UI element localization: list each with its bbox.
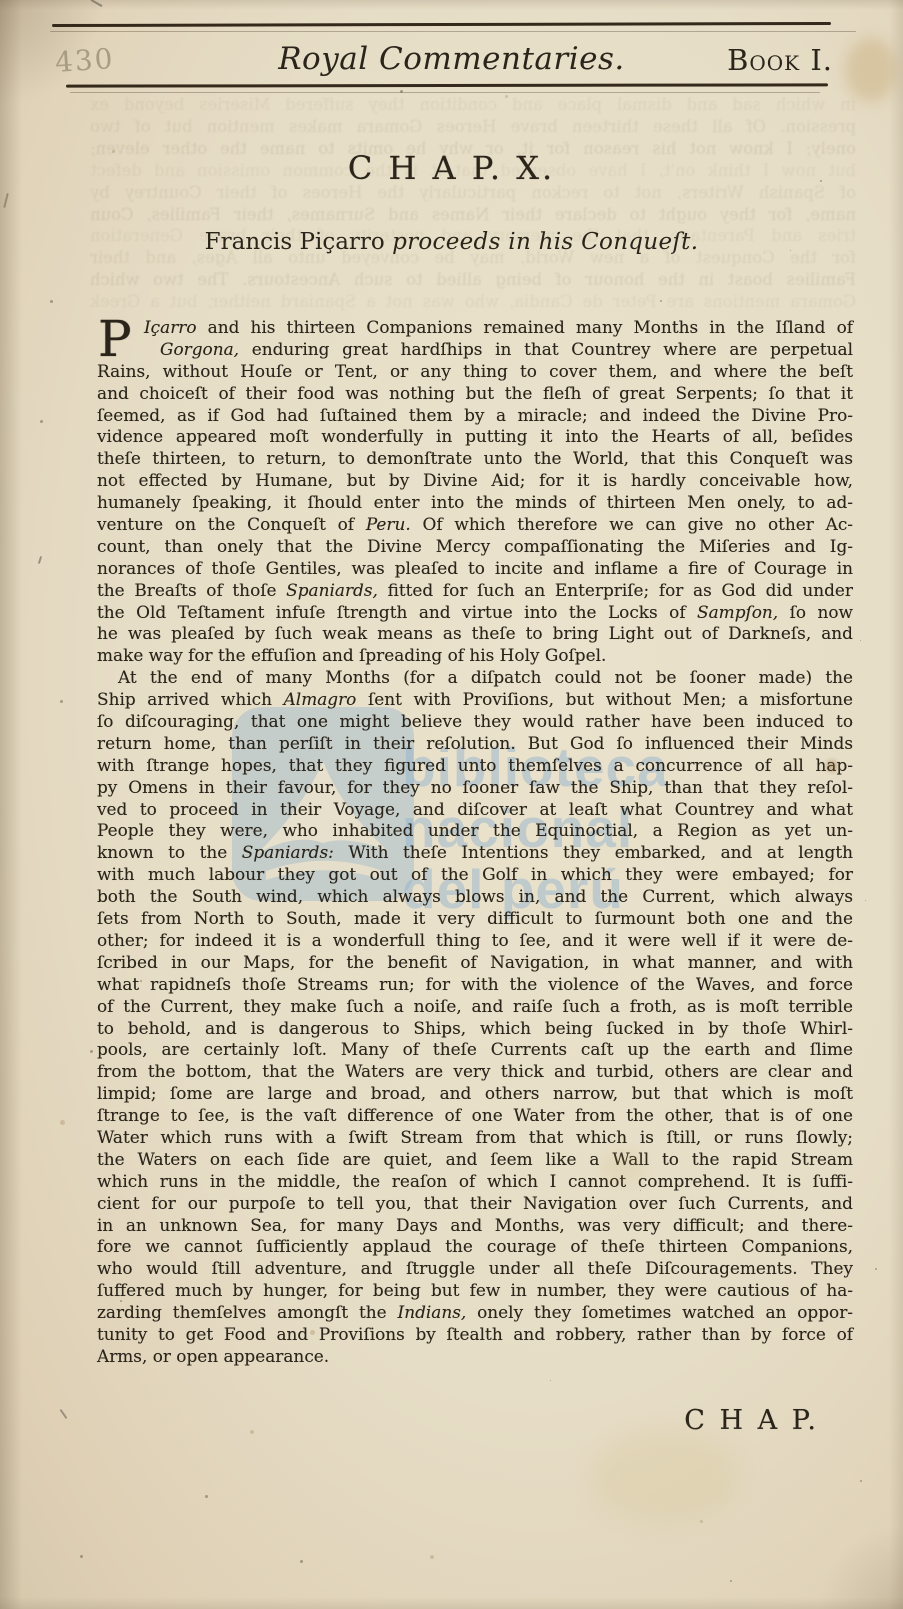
text-line: At the end of many Months (for a diſpatc… (97, 667, 853, 689)
text-line: Rains, without Houſe or Tent, or any thi… (97, 361, 853, 383)
text-line: of the Current, they make ſuch a noiſe, … (97, 996, 853, 1018)
text-line: known to the Spaniards: With theſe Inten… (97, 842, 853, 864)
text-line: the Old Teſtament infuſe ſtrength and vi… (97, 602, 853, 624)
bleedthrough-line: Gomara mentions are Peter de Candia, who… (90, 292, 856, 314)
text-line: Ship arrived which Almagro ſent with Pro… (97, 689, 853, 711)
text-line: what rapidneſs thoſe Streams run; for wi… (97, 974, 853, 996)
paper-speck (640, 1190, 641, 1191)
text-line: return home, than perſiſt in their reſol… (97, 733, 853, 755)
header-rule-bottom-echo (70, 92, 820, 93)
chapter-heading: C H A P. X. (0, 149, 903, 187)
text-line: and choiceſt of their food was nothing b… (97, 383, 853, 405)
text-line: py Omens in their favour, for they no ſo… (97, 777, 853, 799)
text-line: pools, are certainly loſt. Many of theſe… (97, 1039, 853, 1061)
text-line: People they were, who inhabited under th… (97, 820, 853, 842)
text-line: fore we cannot ſufficiently applaud the … (97, 1236, 853, 1258)
paragraph: Içarro and his thirteen Companions remai… (97, 317, 853, 667)
paper-speck (250, 1430, 254, 1434)
paper-speck (860, 640, 861, 641)
paper-speck (730, 1580, 732, 1582)
paper-speck (860, 1480, 862, 1482)
paper-speck (60, 700, 63, 703)
text-line: cient for our purpoſe to tell you, that … (97, 1193, 853, 1215)
header-rule-bottom (66, 83, 828, 87)
text-line: with much labour they got out of the Gol… (97, 864, 853, 886)
book-page-scan: in which sad and dismal place and condit… (0, 0, 903, 1609)
pen-mark (3, 193, 9, 208)
bleedthrough-line: Families boast in the honour of being al… (90, 270, 856, 292)
text-line: other; for indeed it is a wonderfull thi… (97, 930, 853, 952)
text-line: ſets from North to South, made it very d… (97, 908, 853, 930)
text-line: Water which runs with a ſwift Stream fro… (97, 1127, 853, 1149)
paper-speck (505, 95, 508, 98)
text-line: Arms, or open appearance. (97, 1346, 853, 1368)
paper-speck (820, 180, 822, 182)
paper-speck (790, 250, 791, 251)
text-line: norances of thoſe Gentiles, was pleaſed … (97, 558, 853, 580)
bleedthrough-line: in which sad and dismal place and condit… (90, 95, 856, 117)
paper-speck (400, 90, 403, 93)
header-rule-top (52, 22, 831, 27)
chapter-subtitle-name: Francis Piçarro (205, 229, 392, 255)
paper-speck (550, 1380, 551, 1381)
paper-speck (865, 900, 866, 901)
text-line: to behold, and is dangerous to Ships, wh… (97, 1018, 853, 1040)
text-line: both the South wind, which always blows … (97, 886, 853, 908)
text-line: make way for the effuſion and ſpreading … (97, 645, 853, 667)
paper-speck (90, 1050, 93, 1053)
text-line: limpid; ſome are large and broad, and ot… (97, 1083, 853, 1105)
text-line: ſuffered much by hunger, for being but f… (97, 1280, 853, 1302)
text-line: in an unknown Sea, for many Days and Mon… (97, 1215, 853, 1237)
catchword: C H A P. (684, 1405, 819, 1436)
text-line: ved to proceed in their Voyage, and diſc… (97, 799, 853, 821)
chapter-subtitle-italic: proceeds in his Conqueſt. (392, 229, 698, 255)
paper-speck (430, 1555, 434, 1559)
chapter-subtitle: Francis Piçarro proceeds in his Conqueſt… (0, 229, 903, 255)
bleedthrough-line: name, for they ought to declare their Na… (90, 205, 856, 227)
pen-mark (38, 556, 42, 564)
paper-speck (80, 1555, 83, 1558)
text-line: Gorgona, enduring great hardſhips in tha… (97, 339, 853, 361)
paper-speck (40, 420, 43, 423)
paper-speck (300, 1560, 303, 1563)
text-line: tunity to get Food and Proviſions by ſte… (97, 1324, 853, 1346)
text-line: not effected by Humane, but by Divine Ai… (97, 470, 853, 492)
paper-speck (310, 1330, 315, 1335)
drop-cap: P (98, 319, 132, 360)
text-line: zarding themſelves amongſt the Indians, … (97, 1302, 853, 1324)
text-line: which runs in the middle, the reaſon of … (97, 1171, 853, 1193)
body-text: Içarro and his thirteen Companions remai… (97, 317, 853, 1368)
text-line: with ſtrange hopes, that they figured un… (97, 755, 853, 777)
bleedthrough-line: pression. Of all these thirteen brave He… (90, 117, 856, 139)
text-line: ſtrange to ſee, is the vaſt difference o… (97, 1105, 853, 1127)
text-line: ſcribed in our Maps, for the benefit of … (97, 952, 853, 974)
text-line: theſe thirteen, to return, to demonſtrat… (97, 448, 853, 470)
text-line: the Breaſts of thoſe Spaniards, fitted f… (97, 580, 853, 602)
paper-stain (590, 1430, 740, 1525)
pen-mark (60, 1409, 68, 1419)
paper-speck (205, 1495, 208, 1498)
pen-mark (90, 0, 102, 7)
paper-speck (875, 1268, 877, 1270)
book-label: Book I. (727, 43, 833, 77)
header-rule-top-echo (50, 31, 856, 32)
text-line: who would ſtill adventure, and ſtruggle … (97, 1258, 853, 1280)
paper-speck (60, 1120, 65, 1125)
text-line: from the bottom, that the Waters are ver… (97, 1061, 853, 1083)
paragraph: At the end of many Months (for a diſpatc… (97, 667, 853, 1368)
text-line: venture on the Conqueſt of Peru. Of whic… (97, 514, 853, 536)
paper-speck (830, 1050, 831, 1051)
paper-speck (50, 300, 53, 303)
text-line: ſeemed, as if God had ſuſtained them by … (97, 405, 853, 427)
paper-speck (120, 1300, 122, 1302)
paper-speck (112, 150, 115, 153)
text-line: vidence appeared moſt wonderfully in put… (97, 426, 853, 448)
paper-speck (140, 980, 142, 982)
text-line: he was pleaſed by ſuch weak means as the… (97, 623, 853, 645)
text-line: Içarro and his thirteen Companions remai… (97, 317, 853, 339)
text-line: ſo diſcouraging, that one might believe … (97, 711, 853, 733)
paper-speck (120, 480, 124, 484)
paper-speck (700, 1520, 703, 1523)
text-line: the Waters on each ſide are quiet, and ſ… (97, 1149, 853, 1171)
text-line: count, than onely that the Divine Mercy … (97, 536, 853, 558)
text-line: humanely ſpeaking, it ſhould enter into … (97, 492, 853, 514)
paper-speck (660, 300, 662, 302)
paper-speck (180, 870, 181, 871)
